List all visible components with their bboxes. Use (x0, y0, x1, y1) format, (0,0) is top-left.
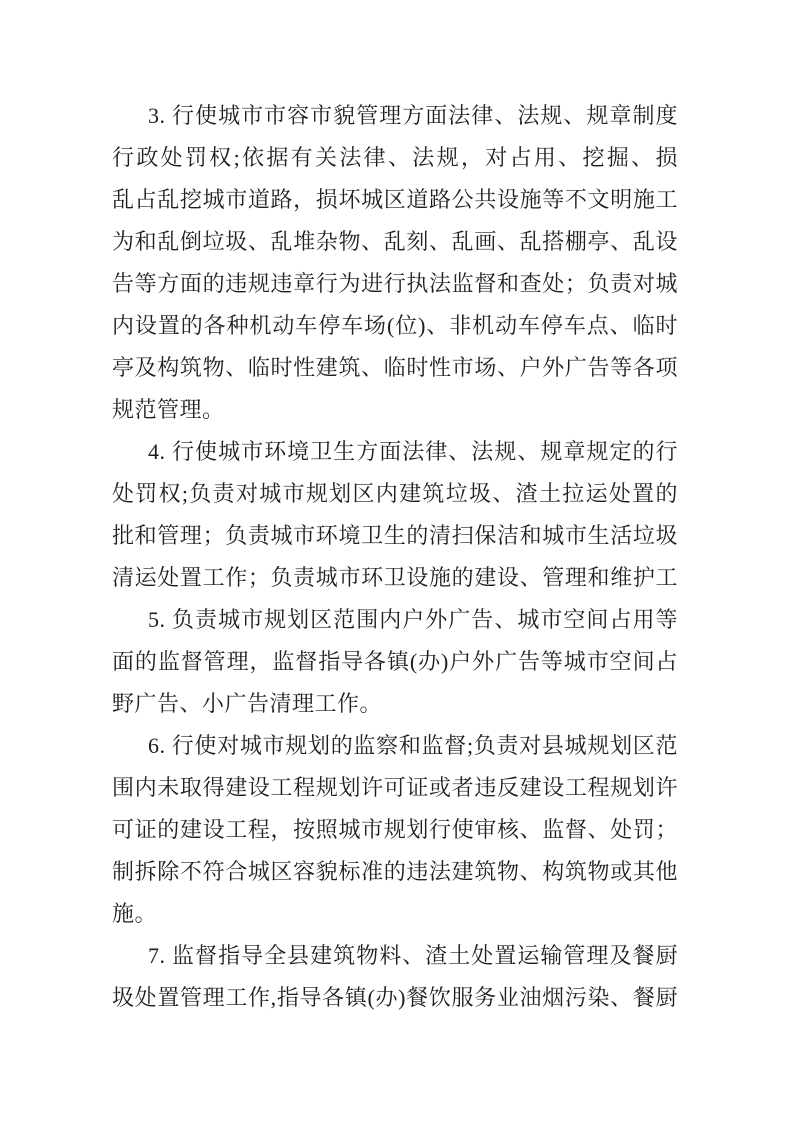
text-line: 处罚权;负责对城市规划区内建筑垃圾、渣土拉运处置的审 (112, 473, 678, 515)
paragraph-6: 6. 行使对城市规划的监察和监督;负责对县城规划区范 围内未取得建设工程规划许可… (112, 725, 678, 935)
text-line: 5. 负责城市规划区范围内户外广告、城市空间占用等方 (112, 599, 678, 641)
document-text: 3. 行使城市市容市貌管理方面法律、法规、规章制度的 行政处罚权;依据有关法律、… (112, 95, 678, 1019)
text-line: 野广告、小广告清理工作。 (112, 683, 678, 725)
paragraph-4: 4. 行使城市环境卫生方面法律、法规、规章规定的行政 处罚权;负责对城市规划区内… (112, 431, 678, 599)
text-line: 圾处置管理工作,指导各镇(办)餐饮服务业油烟污染、餐厨 (112, 977, 678, 1019)
text-line: 施。 (112, 893, 678, 935)
text-line: 亭及构筑物、临时性建筑、临时性市场、户外广告等各项的 (112, 347, 678, 389)
text-line: 行政处罚权;依据有关法律、法规，对占用、挖掘、损坏、 (112, 137, 678, 179)
text-line: 6. 行使对城市规划的监察和监督;负责对县城规划区范 (112, 725, 678, 767)
text-line: 告等方面的违规违章行为进行执法监督和查处；负责对城区 (112, 263, 678, 305)
paragraph-7: 7. 监督指导全县建筑物料、渣土处置运输管理及餐厨垃 圾处置管理工作,指导各镇(… (112, 935, 678, 1019)
text-line: 规范管理。 (112, 389, 678, 431)
text-line: 面的监督管理，监督指导各镇(办)户外广告等城市空间占用 (112, 641, 678, 683)
text-line: 4. 行使城市环境卫生方面法律、法规、规章规定的行政 (112, 431, 678, 473)
paragraph-3: 3. 行使城市市容市貌管理方面法律、法规、规章制度的 行政处罚权;依据有关法律、… (112, 95, 678, 431)
text-line: 为和乱倒垃圾、乱堆杂物、乱刻、乱画、乱搭棚亭、乱设广 (112, 221, 678, 263)
text-line: 3. 行使城市市容市貌管理方面法律、法规、规章制度的 (112, 95, 678, 137)
paragraph-5: 5. 负责城市规划区范围内户外广告、城市空间占用等方 面的监督管理，监督指导各镇… (112, 599, 678, 725)
text-line: 制拆除不符合城区容貌标准的违法建筑物、构筑物或其他设 (112, 851, 678, 893)
text-line: 7. 监督指导全县建筑物料、渣土处置运输管理及餐厨垃 (112, 935, 678, 977)
text-line: 内设置的各种机动车停车场(位)、非机动车停车点、临时棚 (112, 305, 678, 347)
text-line: 围内未取得建设工程规划许可证或者违反建设工程规划许 (112, 767, 678, 809)
text-line: 乱占乱挖城市道路，损坏城区道路公共设施等不文明施工行 (112, 179, 678, 221)
document-page: 3. 行使城市市容市貌管理方面法律、法规、规章制度的 行政处罚权;依据有关法律、… (0, 0, 793, 1122)
text-line: 清运处置工作；负责城市环卫设施的建设、管理和维护工作。 (112, 557, 678, 599)
text-line: 可证的建设工程，按照城市规划行使审核、监督、处罚；强 (112, 809, 678, 851)
text-line: 批和管理；负责城市环境卫生的清扫保洁和城市生活垃圾的 (112, 515, 678, 557)
